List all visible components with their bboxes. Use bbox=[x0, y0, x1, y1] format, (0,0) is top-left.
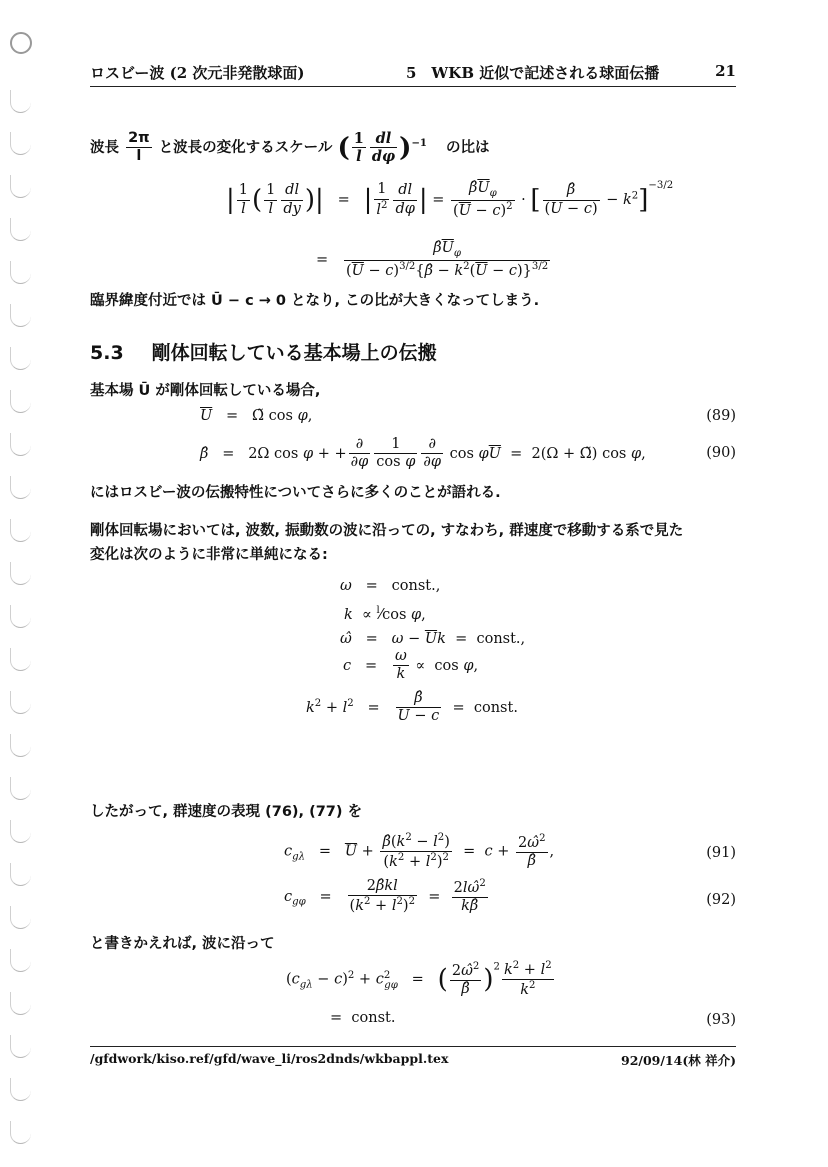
equation-k-proportional: k ∝ l⁄cos φ, bbox=[344, 605, 426, 623]
equation-omega-hat: ω̂ = ω − Uk = const., bbox=[340, 631, 525, 647]
text: と波長の変化するスケール bbox=[159, 140, 333, 156]
equation-number-92: (92) bbox=[706, 892, 736, 908]
equation-k2-l2: k2 + l2 = β̂U − c = const. bbox=[306, 690, 518, 726]
binder-hole-icon bbox=[10, 261, 31, 284]
binder-hole-icon bbox=[10, 734, 31, 757]
binder-hole-icon bbox=[10, 433, 31, 456]
binder-hole-icon bbox=[10, 562, 31, 585]
equation-c: c = ωk ∝ cos φ, bbox=[343, 648, 478, 684]
equation-93-line1: (cgλ − c)2 + c2gφ = (2ω̂2β̂)2k2 + l2k2 bbox=[286, 960, 556, 999]
paragraph-along-wave: と書きかえれば, 波に沿って bbox=[90, 932, 275, 953]
binder-hole-icon bbox=[10, 863, 31, 886]
binder-hole-icon bbox=[10, 906, 31, 929]
equation-93-line2: = const. bbox=[330, 1010, 395, 1026]
binder-hole-icon bbox=[10, 476, 31, 499]
binder-hole-icon bbox=[10, 648, 31, 671]
binder-hole-icon bbox=[10, 175, 31, 198]
date-author: 92/09/14(林 祥介) bbox=[621, 1051, 736, 1069]
paragraph-rigid-field-line2: 変化は次のように非常に単純になる: bbox=[90, 543, 328, 564]
equation-number-91: (91) bbox=[706, 845, 736, 861]
paragraph-rigid-rotation: 基本場 Ū が剛体回転している場合, bbox=[90, 379, 320, 400]
equation-number-93: (93) bbox=[706, 1012, 736, 1028]
math-scale: (1ldldφ)−1 bbox=[337, 139, 427, 156]
binder-hole-icon bbox=[10, 390, 31, 413]
binder-hole-icon bbox=[10, 605, 31, 628]
page-number: 21 bbox=[715, 62, 736, 80]
binder-hole-icon bbox=[10, 218, 31, 241]
running-header: ロスビー波 (2 次元非発散球面) 5 WKB 近似で記述される球面伝播 21 bbox=[90, 60, 736, 87]
binder-hole-icon bbox=[10, 820, 31, 843]
section-number: 5.3 bbox=[90, 342, 124, 364]
fraction: 2πl bbox=[126, 130, 152, 166]
paragraph-rigid-field-line1: 剛体回転場においては, 波数, 振動数の波に沿っての, すなわち, 群速度で移動… bbox=[90, 519, 683, 540]
binder-hole-icon bbox=[10, 691, 31, 714]
section-heading: 5.3剛体回転している基本場上の伝搬 bbox=[90, 338, 437, 365]
paragraph-group-velocity: したがって, 群速度の表現 (76), (77) を bbox=[90, 800, 362, 821]
page-footer: /gfdwork/kiso.ref/gfd/wave_li/ros2dnds/w… bbox=[90, 1046, 736, 1066]
numerator: 2π bbox=[126, 130, 152, 148]
binder-hole-icon bbox=[10, 347, 31, 370]
section-title: 剛体回転している基本場上の伝搬 bbox=[152, 342, 437, 364]
equation-90: β̂ = 2Ω cos φ + +∂∂φ1cos φ∂∂φ cos φU = 2… bbox=[200, 436, 646, 472]
equation-ratio-line2: = β̂Uφ(U − c)3/2{β̂ − k2(U − c)}3/2 bbox=[316, 240, 552, 280]
paragraph-critical-latitude: 臨界緯度付近では Ū − c → 0 となり, この比が大きくなってしまう. bbox=[90, 289, 539, 310]
text: 波長 bbox=[90, 140, 119, 156]
equation-92: cgφ = 2β̂kl(k2 + l2)2 = 2lω̂2kβ̂ bbox=[284, 878, 490, 916]
equation-ratio-line1: |1l(1ldldy)| = |1l2dldφ| = β̂Uφ(U − c)2 … bbox=[226, 180, 673, 220]
header-section: 5 WKB 近似で記述される球面伝播 bbox=[406, 62, 659, 83]
equation-91: cgλ = U + β̂(k2 − l2)(k2 + l2)2 = c + 2ω… bbox=[284, 832, 554, 871]
binder-hole-icon bbox=[10, 132, 31, 155]
binder-hole-icon bbox=[10, 777, 31, 800]
denominator: l bbox=[126, 148, 152, 165]
binder-hole-icon bbox=[10, 304, 31, 327]
paragraph-rossby-properties: にはロスビー波の伝搬特性についてさらに多くのことが語れる. bbox=[90, 481, 501, 502]
binder-hole-icon bbox=[10, 32, 32, 54]
binder-hole-icon bbox=[10, 90, 31, 113]
equation-omega-const: ω = const., bbox=[340, 578, 440, 594]
equation-number-89: (89) bbox=[706, 408, 736, 424]
binder-hole-icon bbox=[10, 519, 31, 542]
equation-number-90: (90) bbox=[706, 445, 736, 461]
binder-hole-icon bbox=[10, 1121, 31, 1144]
paragraph-wavelength-scale: 波長 2πl と波長の変化するスケール (1ldldφ)−1 の比は bbox=[90, 130, 490, 166]
equation-89: U = Ω̃ cos φ, bbox=[200, 408, 312, 424]
binder-hole-icon bbox=[10, 949, 31, 972]
source-file-path: /gfdwork/kiso.ref/gfd/wave_li/ros2dnds/w… bbox=[90, 1051, 448, 1066]
binder-hole-icon bbox=[10, 1035, 31, 1058]
binder-hole-icon bbox=[10, 992, 31, 1015]
text: の比は bbox=[446, 140, 490, 156]
header-chapter: ロスビー波 (2 次元非発散球面) bbox=[90, 62, 304, 83]
binder-hole-icon bbox=[10, 1078, 31, 1101]
